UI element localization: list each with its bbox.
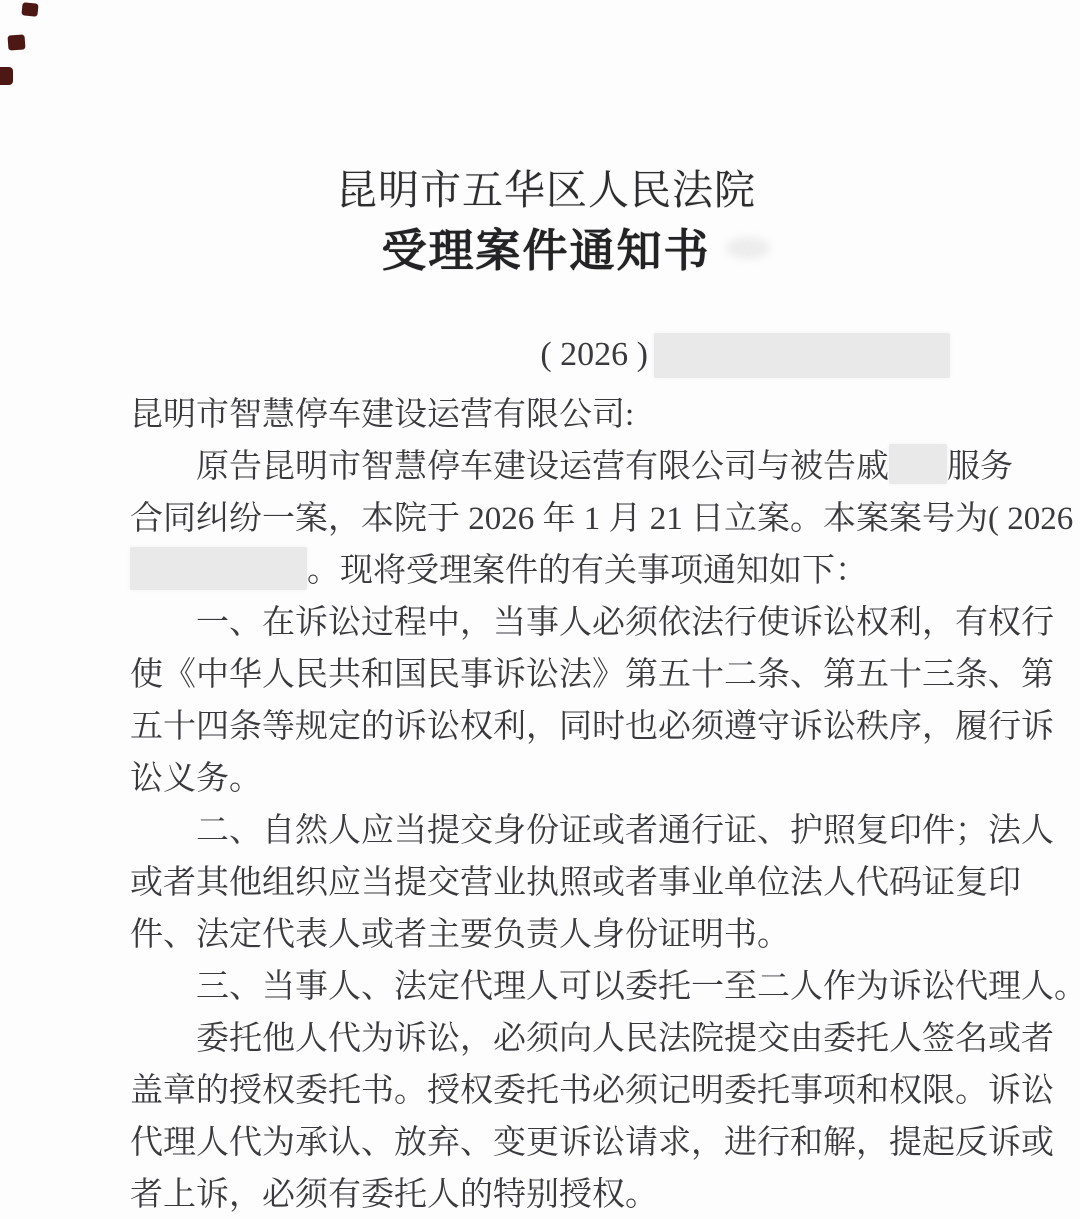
body-line: 者上诉，必须有委托人的特别授权。: [130, 1169, 962, 1219]
ink-mark-artifact: [21, 2, 38, 17]
body-line: 一、在诉讼过程中，当事人必须依法行使诉讼权利，有权行: [130, 597, 962, 649]
body-line: 或者其他组织应当提交营业执照或者事业单位法人代码证复印: [130, 857, 962, 909]
body-line: 件、法定代表人或者主要负责人身份证明书。: [130, 909, 962, 961]
ink-mark-artifact: [7, 34, 25, 50]
scan-smudge-artifact: [726, 237, 770, 259]
body-line: 合同纠纷一案，本院于 2026 年 1 月 21 日立案。本案案号为( 2026…: [130, 493, 962, 545]
intro-line1-post: 服务: [947, 449, 1013, 485]
redacted-case-number: [654, 333, 950, 378]
document-type-title: 受理案件通知书: [130, 223, 962, 279]
body-line: 五十四条等规定的诉讼权利，同时也必须遵守诉讼秩序，履行诉: [130, 701, 962, 753]
redacted-defendant-name: [889, 444, 947, 484]
body-line: 盖章的授权委托书。授权委托书必须记明委托事项和权限。诉讼: [130, 1065, 962, 1117]
body-line: 使《中华人民共和国民事诉讼法》第五十二条、第五十三条、第: [130, 649, 962, 701]
body-line: 三、当事人、法定代理人可以委托一至二人作为诉讼代理人。: [130, 961, 962, 1013]
body-line: 代理人代为承认、放弃、变更诉讼请求，进行和解，提起反诉或: [130, 1117, 962, 1169]
addressee-line: 昆明市智慧停车建设运营有限公司:: [130, 389, 962, 441]
body-line: 原告昆明市智慧停车建设运营有限公司与被告戚服务: [130, 441, 962, 493]
redacted-case-number-continued: [130, 547, 307, 590]
body-line: 委托他人代为诉讼，必须向人民法院提交由委托人签名或者: [130, 1013, 962, 1065]
body-line: 讼义务。: [130, 753, 962, 805]
intro-line1-pre: 原告昆明市智慧停车建设运营有限公司与被告戚: [196, 449, 889, 485]
scanned-court-notice: 昆明市五华区人民法院 受理案件通知书 ( 2026 ) 昆明市智慧停车建设运营有…: [0, 0, 1080, 1219]
case-number-line: ( 2026 ): [130, 329, 962, 381]
intro-line3-post: 。现将受理案件的有关事项通知如下：: [307, 553, 868, 589]
body-line: 二、自然人应当提交身份证或者通行证、护照复印件；法人: [130, 805, 962, 857]
case-number-prefix: ( 2026 ): [540, 336, 648, 374]
body-line: 。现将受理案件的有关事项通知如下：: [130, 545, 962, 597]
court-name-title: 昆明市五华区人民法院: [130, 166, 962, 215]
ink-mark-artifact: [0, 67, 13, 85]
notice-body: 昆明市智慧停车建设运营有限公司: 原告昆明市智慧停车建设运营有限公司与被告戚服务…: [130, 389, 962, 1219]
